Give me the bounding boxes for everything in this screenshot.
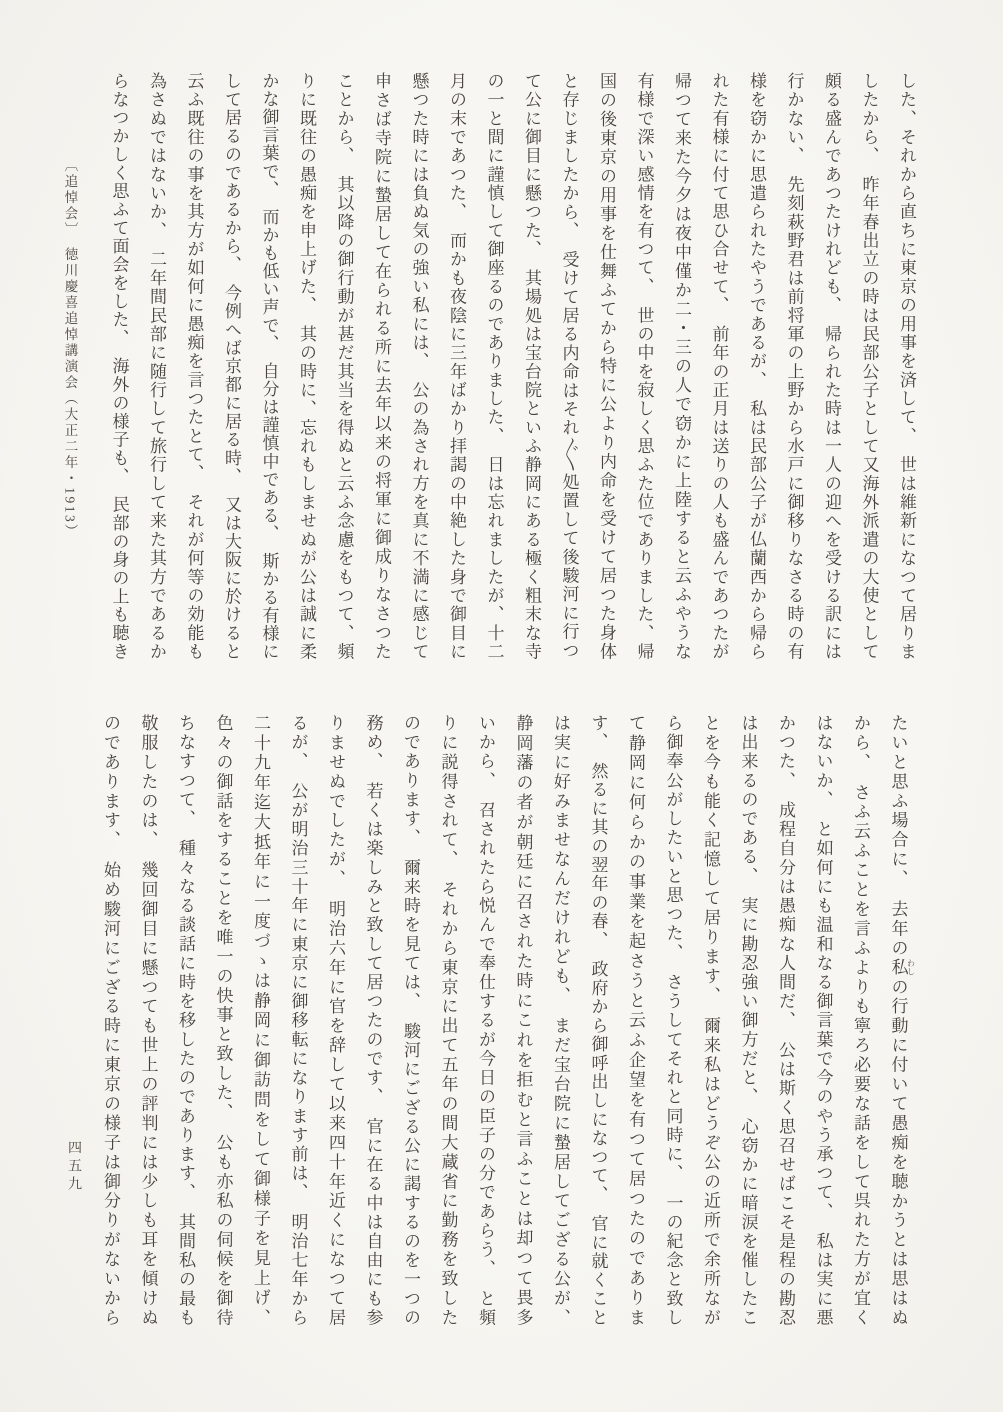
text-column: 有様で深い感情を有つて、 世の中を寂しく思ふた位でありました、帰 <box>636 72 653 660</box>
ruby-reading: わし <box>907 958 916 976</box>
text-column: のであります、 爾来時を見ては、 駿河にござる公に謁するのを一つの <box>402 714 419 1326</box>
text-column: 国の後東京の用事を仕舞ふてから特に公より内命を受けて居つた身体 <box>598 72 615 660</box>
text-column: 頗る盛んであつたけれども、 帰られた時は一人の迎へを受ける訳には <box>823 72 840 660</box>
text-column: 務め、 若くは楽しみと致して居つたのです、 官に在る中は自由にも参 <box>365 714 382 1326</box>
ruby-pre-text: たいと思ふ場合に、 去年の <box>889 714 908 958</box>
text-column: りませぬでしたが、 明治六年に官を辞して以来四十年近くになつて居 <box>327 714 344 1326</box>
text-column: 様を窃かに思遣られたやうであるが、 私は民部公子が仏蘭西から帰ら <box>748 72 765 660</box>
text-column: の一と間に謹慎して御座るのでありました、 日は忘れましたが、十二 <box>486 72 503 660</box>
text-column: ことから、 其以降の御行動が甚だ其当を得ぬと云ふ念慮をもつて、頻 <box>336 72 353 660</box>
furigana-ruby: 私わし <box>889 958 908 977</box>
text-column: て静岡に何らかの事業を起さうと云ふ企望を有つて居つたのでありま <box>627 714 644 1326</box>
top-text-block: した、それから直ちに東京の用事を済して、 世は維新になつて居りま したから、 昨… <box>111 72 916 660</box>
text-column: 月の末であつた、 而かも夜陰に三年ばかり拝謁の中絶した身で御目に <box>448 72 465 660</box>
text-column: した、それから直ちに東京の用事を済して、 世は維新になつて居りま <box>898 72 915 660</box>
ruby-post-text: の行動に付いて愚痴を聴かうとは思はぬ <box>889 978 908 1326</box>
text-column: りに説得されて、 それから東京に出て五年の間大蔵省に勤務を致した <box>440 714 457 1326</box>
text-column: るが、 公が明治三十年に東京に御移転になります前は、 明治七年から <box>290 714 307 1326</box>
text-column: 行かない、 先刻萩野君は前将軍の上野から水戸に御移りなさる時の有 <box>786 72 803 660</box>
ruby-base: 私 <box>889 958 908 977</box>
text-column: 静岡藩の者が朝廷に召された時にこれを拒むと言ふことは却つて畏多 <box>515 714 532 1326</box>
text-column: いから、 召されたら悦んで奉仕するが今日の臣子の分であらう、 と頻 <box>477 714 494 1326</box>
text-column: と存じましたから、 受けて居る内命はそれ〴〵処置して後駿河に行つ <box>561 72 578 660</box>
text-column: かつた、 成程自分は愚痴な人間だ、 公は斯く思召せばこそ是程の勘忍 <box>777 714 794 1326</box>
text-column: 帰つて来た今夕は夜中僅か二・三の人で窃かに上陸すると云ふやうな <box>673 72 690 660</box>
text-column: から、 さふ云ふことを言ふよりも寧ろ必要な話をして呉れた方が宜く <box>852 714 869 1326</box>
text-column: らなつかしく思ふて面会をした、 海外の様子も、 民部の身の上も聴き <box>111 72 128 660</box>
text-column: りに既往の愚痴を申上げた、 其の時に、忘れもしませぬが公は誠に柔 <box>298 72 315 660</box>
text-column: かな御言葉で、 而かも低い声で、 自分は謹慎中である、 斯かる有様に <box>261 72 278 660</box>
text-column: したから、 昨年春出立の時は民部公子として又海外派遣の大使として <box>861 72 878 660</box>
text-column: して居るのであるから、 今例へば京都に居る時、 又は大阪に於けると <box>223 72 240 660</box>
text-column: 二十九年迄大抵年に一度づゝは静岡に御訪問をして御様子を見上げ、 <box>252 714 269 1326</box>
text-column: 云ふ既往の事を其方が如何に愚痴を言つたとて、 それが何等の効能も <box>186 72 203 660</box>
text-column: はないか、 と如何にも温和なる御言葉で今のやう承つて、 私は実に悪 <box>815 714 832 1326</box>
text-column: 色々の御話をすることを唯一の快事と致した、 公も亦私の伺候を御待 <box>215 714 232 1326</box>
page-number: 四五九 <box>66 1140 80 1194</box>
bottom-text-block: たいと思ふ場合に、 去年の私わしの行動に付いて愚痴を聴かうとは思はぬ から、 さ… <box>102 714 915 1326</box>
text-column: とを今も能く記憶して居ります、 爾来私はどうぞ公の近所で余所なが <box>702 714 719 1326</box>
text-column: 申さば寺院に蟄居して在られる所に去年以来の将軍に御成りなさつた <box>373 72 390 660</box>
text-column: 敬服したのは、 幾回御目に懸つても世上の評判には少しも耳を傾けぬ <box>140 714 157 1326</box>
text-column: す、 然るに其の翌年の春、 政府から御呼出しになつて、 官に就くこと <box>590 714 607 1326</box>
text-column: て公に御目に懸つた、 其場処は宝台院といふ静岡にある極く粗末な寺 <box>523 72 540 660</box>
text-column: は出来るのである、 実に勘忍強い御方だと、 心窃かに暗涙を催したこ <box>740 714 757 1326</box>
text-column: ちなすつて、 種々なる談話に時を移したのであります、 其間私の最も <box>177 714 194 1326</box>
text-column: は実に好みませなんだけれども、 まだ宝台院に蟄居してござる公が、 <box>552 714 569 1326</box>
text-column: れた有様に付て思ひ合せて、 前年の正月は送りの人も盛んであつたが <box>711 72 728 660</box>
book-page: した、それから直ちに東京の用事を済して、 世は維新になつて居りま したから、 昨… <box>0 0 1003 1412</box>
text-column: たいと思ふ場合に、 去年の私わしの行動に付いて愚痴を聴かうとは思はぬ <box>890 714 916 1326</box>
side-title: 〔追悼会〕 徳川慶喜追悼講演会（大正二年・1913） <box>63 158 77 578</box>
text-column: ら御奉公がしたいと思つた、 さうしてそれと同時に、 一の紀念と致し <box>665 714 682 1326</box>
text-column: 懸つた時には負ぬ気の強い私には、 公の為され方を真に不満に感じて <box>411 72 428 660</box>
text-column: 為さぬではないか、 二年間民部に随行して旅行して来た其方であるか <box>148 72 165 660</box>
text-column: のであります、 始め駿河にござる時に東京の様子は御分りがないから <box>102 714 119 1326</box>
